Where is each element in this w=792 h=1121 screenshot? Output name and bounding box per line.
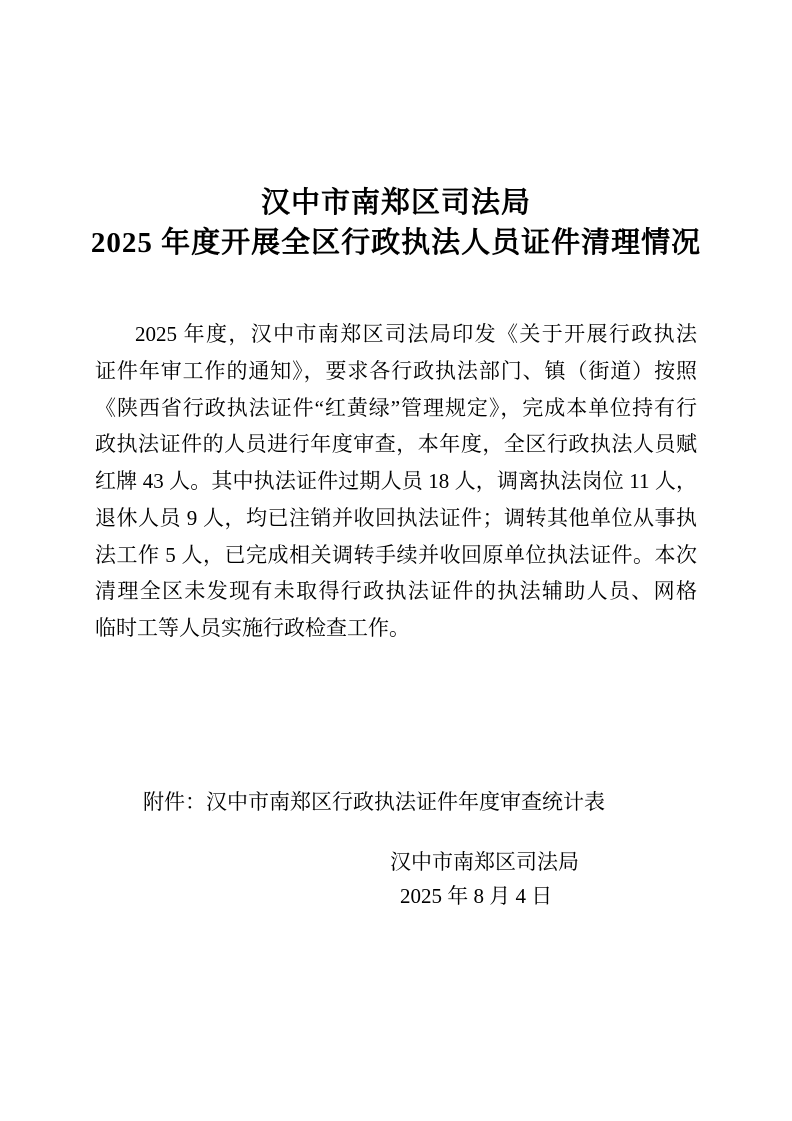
- body-line: 证件年审工作的通知》，要求各行政执法部门、镇（街道）按照: [95, 353, 697, 390]
- document-page: 汉中市南郑区司法局 2025 年度开展全区行政执法人员证件清理情况 2025 年…: [0, 0, 792, 1121]
- signature-date: 2025 年 8 月 4 日: [400, 882, 552, 910]
- body-line: 临时工等人员实施行政检查工作。: [95, 610, 697, 647]
- body-line: 政执法证件的人员进行年度审查，本年度，全区行政执法人员赋: [95, 426, 697, 463]
- body-line: 2025 年度，汉中市南郑区司法局印发《关于开展行政执法: [95, 316, 697, 353]
- body-line: 退休人员 9 人，均已注销并收回执法证件；调转其他单位从事执: [95, 500, 697, 537]
- document-title-line-2: 2025 年度开展全区行政执法人员证件清理情况: [0, 223, 792, 263]
- body-line: 《陕西省行政执法证件“红黄绿”管理规定》，完成本单位持有行: [95, 390, 697, 427]
- document-title: 汉中市南郑区司法局 2025 年度开展全区行政执法人员证件清理情况: [0, 183, 792, 263]
- body-line: 清理全区未发现有未取得行政执法证件的执法辅助人员、网格员、: [95, 573, 697, 610]
- attachment-reference: 附件：汉中市南郑区行政执法证件年度审查统计表: [95, 787, 697, 817]
- signature-organization: 汉中市南郑区司法局: [390, 848, 579, 876]
- body-paragraph: 2025 年度，汉中市南郑区司法局印发《关于开展行政执法 证件年审工作的通知》，…: [95, 316, 697, 647]
- body-line: 法工作 5 人，已完成相关调转手续并收回原单位执法证件。本次: [95, 537, 697, 574]
- document-title-line-1: 汉中市南郑区司法局: [0, 183, 792, 223]
- body-line: 红牌 43 人。其中执法证件过期人员 18 人，调离执法岗位 11 人，: [95, 463, 697, 500]
